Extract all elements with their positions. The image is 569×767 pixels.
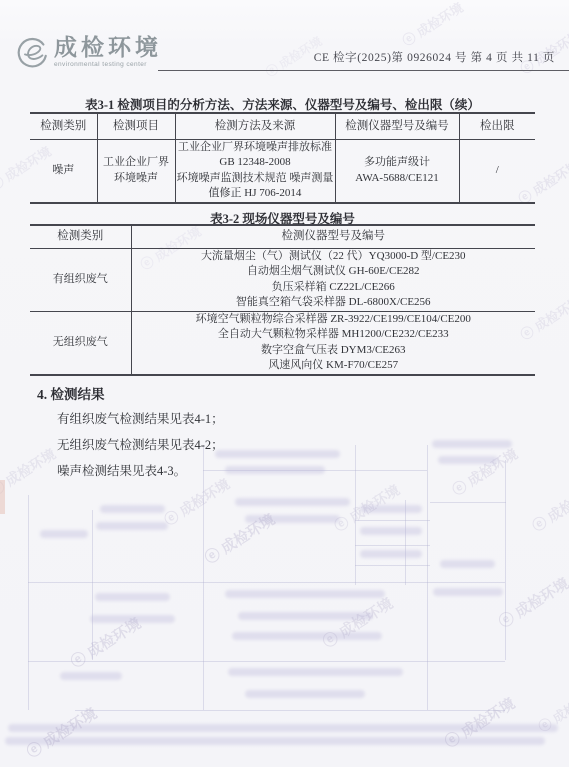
ghost-text-blob	[100, 505, 165, 513]
watermark-logo: ⓔ 成检环境	[22, 703, 100, 763]
instrument-line: 大流量烟尘（气）测试仪（22 代）YQ3000-D 型/CE230	[132, 249, 536, 265]
cell-item-line: 工业企业厂界	[98, 155, 175, 171]
instrument-line: 智能真空箱气袋采样器 DL-6800X/CE256	[132, 295, 536, 311]
ghost-text-blob	[433, 588, 503, 596]
ghost-text-blob	[95, 593, 170, 601]
instrument-line: 自动烟尘烟气测试仪 GH-60E/CE282	[132, 264, 536, 280]
ghost-table-line	[28, 661, 505, 662]
cell-method-line: 环境噪声监测技术规范 噪声测量	[176, 171, 335, 187]
instrument-line: 负压采样箱 CZ22L/CE266	[132, 280, 536, 296]
ghost-table-line	[92, 510, 93, 660]
cell-item: 工业企业厂界 环境噪声	[97, 139, 175, 203]
table31-header-row: 检测类别 检测项目 检测方法及来源 检测仪器型号及编号 检出限	[30, 113, 535, 139]
cell-method-line: 工业企业厂界环境噪声排放标准	[176, 140, 335, 156]
ghost-text-blob	[90, 615, 175, 623]
col-header-item: 检测项目	[97, 113, 175, 139]
result-line: 有组织废气检测结果见表4-1；	[57, 406, 224, 432]
cell-instrument: 多功能声级计 AWA-5688/CE121	[335, 139, 459, 203]
watermark-logo: ⓔ 成检环境	[494, 573, 569, 633]
col-header-category: 检测类别	[30, 225, 131, 248]
ghost-text-blob	[60, 672, 122, 680]
ghost-text-blob	[8, 724, 558, 732]
instrument-line: 数字空盒气压表 DYM3/CE263	[132, 343, 536, 359]
col-header-method-source: 检测方法及来源	[175, 113, 335, 139]
result-line: 无组织废气检测结果见表4-2；	[57, 432, 224, 458]
table32-field-instruments: 检测类别 检测仪器型号及编号 有组织废气 大流量烟尘（气）测试仪（22 代）YQ…	[30, 224, 535, 376]
watermark-logo: ⓔ 成检环境	[66, 613, 144, 673]
cell-category: 无组织废气	[30, 311, 131, 375]
table32-row-organized: 有组织废气 大流量烟尘（气）测试仪（22 代）YQ3000-D 型/CE230 …	[30, 248, 535, 311]
ghost-text-blob	[245, 515, 340, 523]
watermark-logo: ⓔ 成检环境	[534, 683, 569, 735]
ghost-table-line	[355, 565, 430, 566]
ghost-text-blob	[238, 612, 373, 620]
instrument-line: 环境空气颗粒物综合采样器 ZR-3922/CE199/CE104/CE200	[132, 312, 536, 328]
ghost-text-blob	[438, 456, 498, 464]
ghost-table-line	[355, 545, 430, 546]
cell-method-source: 工业企业厂界环境噪声排放标准 GB 12348-2008 环境噪声监测技术规范 …	[175, 139, 335, 203]
ghost-text-blob	[245, 690, 365, 698]
ghost-text-blob	[228, 668, 403, 676]
ghost-table-line	[28, 582, 505, 583]
ghost-text-blob	[232, 632, 382, 640]
watermark-logo: ⓔ 成检环境	[528, 480, 569, 536]
ghost-table-line	[505, 460, 506, 660]
ghost-text-blob	[235, 498, 350, 506]
scanned-report-page: ⓔ 成检环境ⓔ 成检环境ⓔ 成检环境ⓔ 成检环境ⓔ 成检环境ⓔ 成检环境ⓔ 成检…	[0, 0, 569, 767]
ghost-text-blob	[360, 527, 422, 535]
ghost-table-line	[405, 500, 406, 585]
ghost-text-blob	[215, 450, 340, 458]
watermark-logo: ⓔ 成检环境	[318, 593, 396, 653]
report-number-and-page: CE 检字(2025)第 0926024 号 第 4 页 共 11 页	[314, 49, 555, 65]
ghost-text-blob	[96, 522, 168, 530]
cell-method-line: 值修正 HJ 706-2014	[176, 186, 335, 202]
watermark-logo: ⓔ 成检环境	[398, 0, 466, 50]
cell-instrument-list: 环境空气颗粒物综合采样器 ZR-3922/CE199/CE104/CE200 全…	[131, 311, 535, 375]
ghost-table-line	[427, 445, 428, 710]
results-lines: 有组织废气检测结果见表4-1； 无组织废气检测结果见表4-2； 噪声检测结果见表…	[57, 406, 224, 484]
col-header-category: 检测类别	[30, 113, 97, 139]
scan-edge-artifact	[0, 480, 5, 514]
col-header-instrument: 检测仪器型号及编号	[335, 113, 459, 139]
instrument-line: 风速风向仪 KM-F70/CE257	[132, 358, 536, 374]
cell-category: 有组织废气	[30, 248, 131, 311]
cell-method-line: GB 12348-2008	[176, 155, 335, 171]
ghost-text-blob	[440, 560, 495, 568]
ghost-text-blob	[225, 590, 385, 598]
cell-category: 噪声	[30, 139, 97, 203]
ghost-table-line	[28, 495, 29, 710]
watermark-logo: ⓔ 成检环境	[200, 509, 278, 569]
cell-item-line: 环境噪声	[98, 171, 175, 187]
logo-english-name: environmental testing center	[54, 61, 162, 69]
watermark-logo: ⓔ 成检环境	[440, 693, 518, 753]
table32-row-unorganized: 无组织废气 环境空气颗粒物综合采样器 ZR-3922/CE199/CE104/C…	[30, 311, 535, 375]
cell-instrument-list: 大流量烟尘（气）测试仪（22 代）YQ3000-D 型/CE230 自动烟尘烟气…	[131, 248, 535, 311]
ghost-table-line	[75, 710, 505, 711]
table31-data-row: 噪声 工业企业厂界 环境噪声 工业企业厂界环境噪声排放标准 GB 12348-2…	[30, 139, 535, 203]
col-header-detection-limit: 检出限	[459, 113, 535, 139]
ghost-table-line	[203, 445, 204, 710]
ghost-table-line	[355, 445, 356, 585]
logo-e-icon	[16, 36, 50, 70]
header-divider	[158, 70, 569, 71]
table31-title: 表3-1 检测项目的分析方法、方法来源、仪器型号及编号、检出限（续）	[30, 95, 535, 113]
instrument-line: 全自动大气颗粒物采样器 MH1200/CE232/CE233	[132, 327, 536, 343]
cell-detection-limit: /	[459, 139, 535, 203]
cell-instrument-line: 多功能声级计	[336, 155, 459, 171]
col-header-instrument-model: 检测仪器型号及编号	[131, 225, 535, 248]
company-logo: 成检环境 environmental testing center	[16, 35, 162, 70]
ghost-table-line	[430, 502, 506, 503]
watermark-logo: ⓔ 成检环境	[0, 444, 60, 500]
logo-chinese-name: 成检环境	[54, 35, 162, 60]
table31-analysis-methods: 检测类别 检测项目 检测方法及来源 检测仪器型号及编号 检出限 噪声 工业企业厂…	[30, 112, 535, 204]
table32-header-row: 检测类别 检测仪器型号及编号	[30, 225, 535, 248]
results-section-heading: 4. 检测结果	[37, 383, 105, 403]
ghost-text-blob	[360, 550, 422, 558]
ghost-text-blob	[360, 505, 422, 513]
ghost-text-blob	[432, 440, 512, 448]
ghost-text-blob	[5, 737, 545, 745]
cell-instrument-line: AWA-5688/CE121	[336, 171, 459, 187]
ghost-table-line	[355, 520, 430, 521]
ghost-table-line	[203, 470, 427, 471]
ghost-text-blob	[225, 466, 325, 474]
watermark-logo: ⓔ 成检环境	[330, 480, 403, 536]
ghost-text-blob	[40, 530, 88, 538]
result-line: 噪声检测结果见表4-3。	[57, 458, 224, 484]
watermark-logo: ⓔ 成检环境	[448, 444, 521, 500]
